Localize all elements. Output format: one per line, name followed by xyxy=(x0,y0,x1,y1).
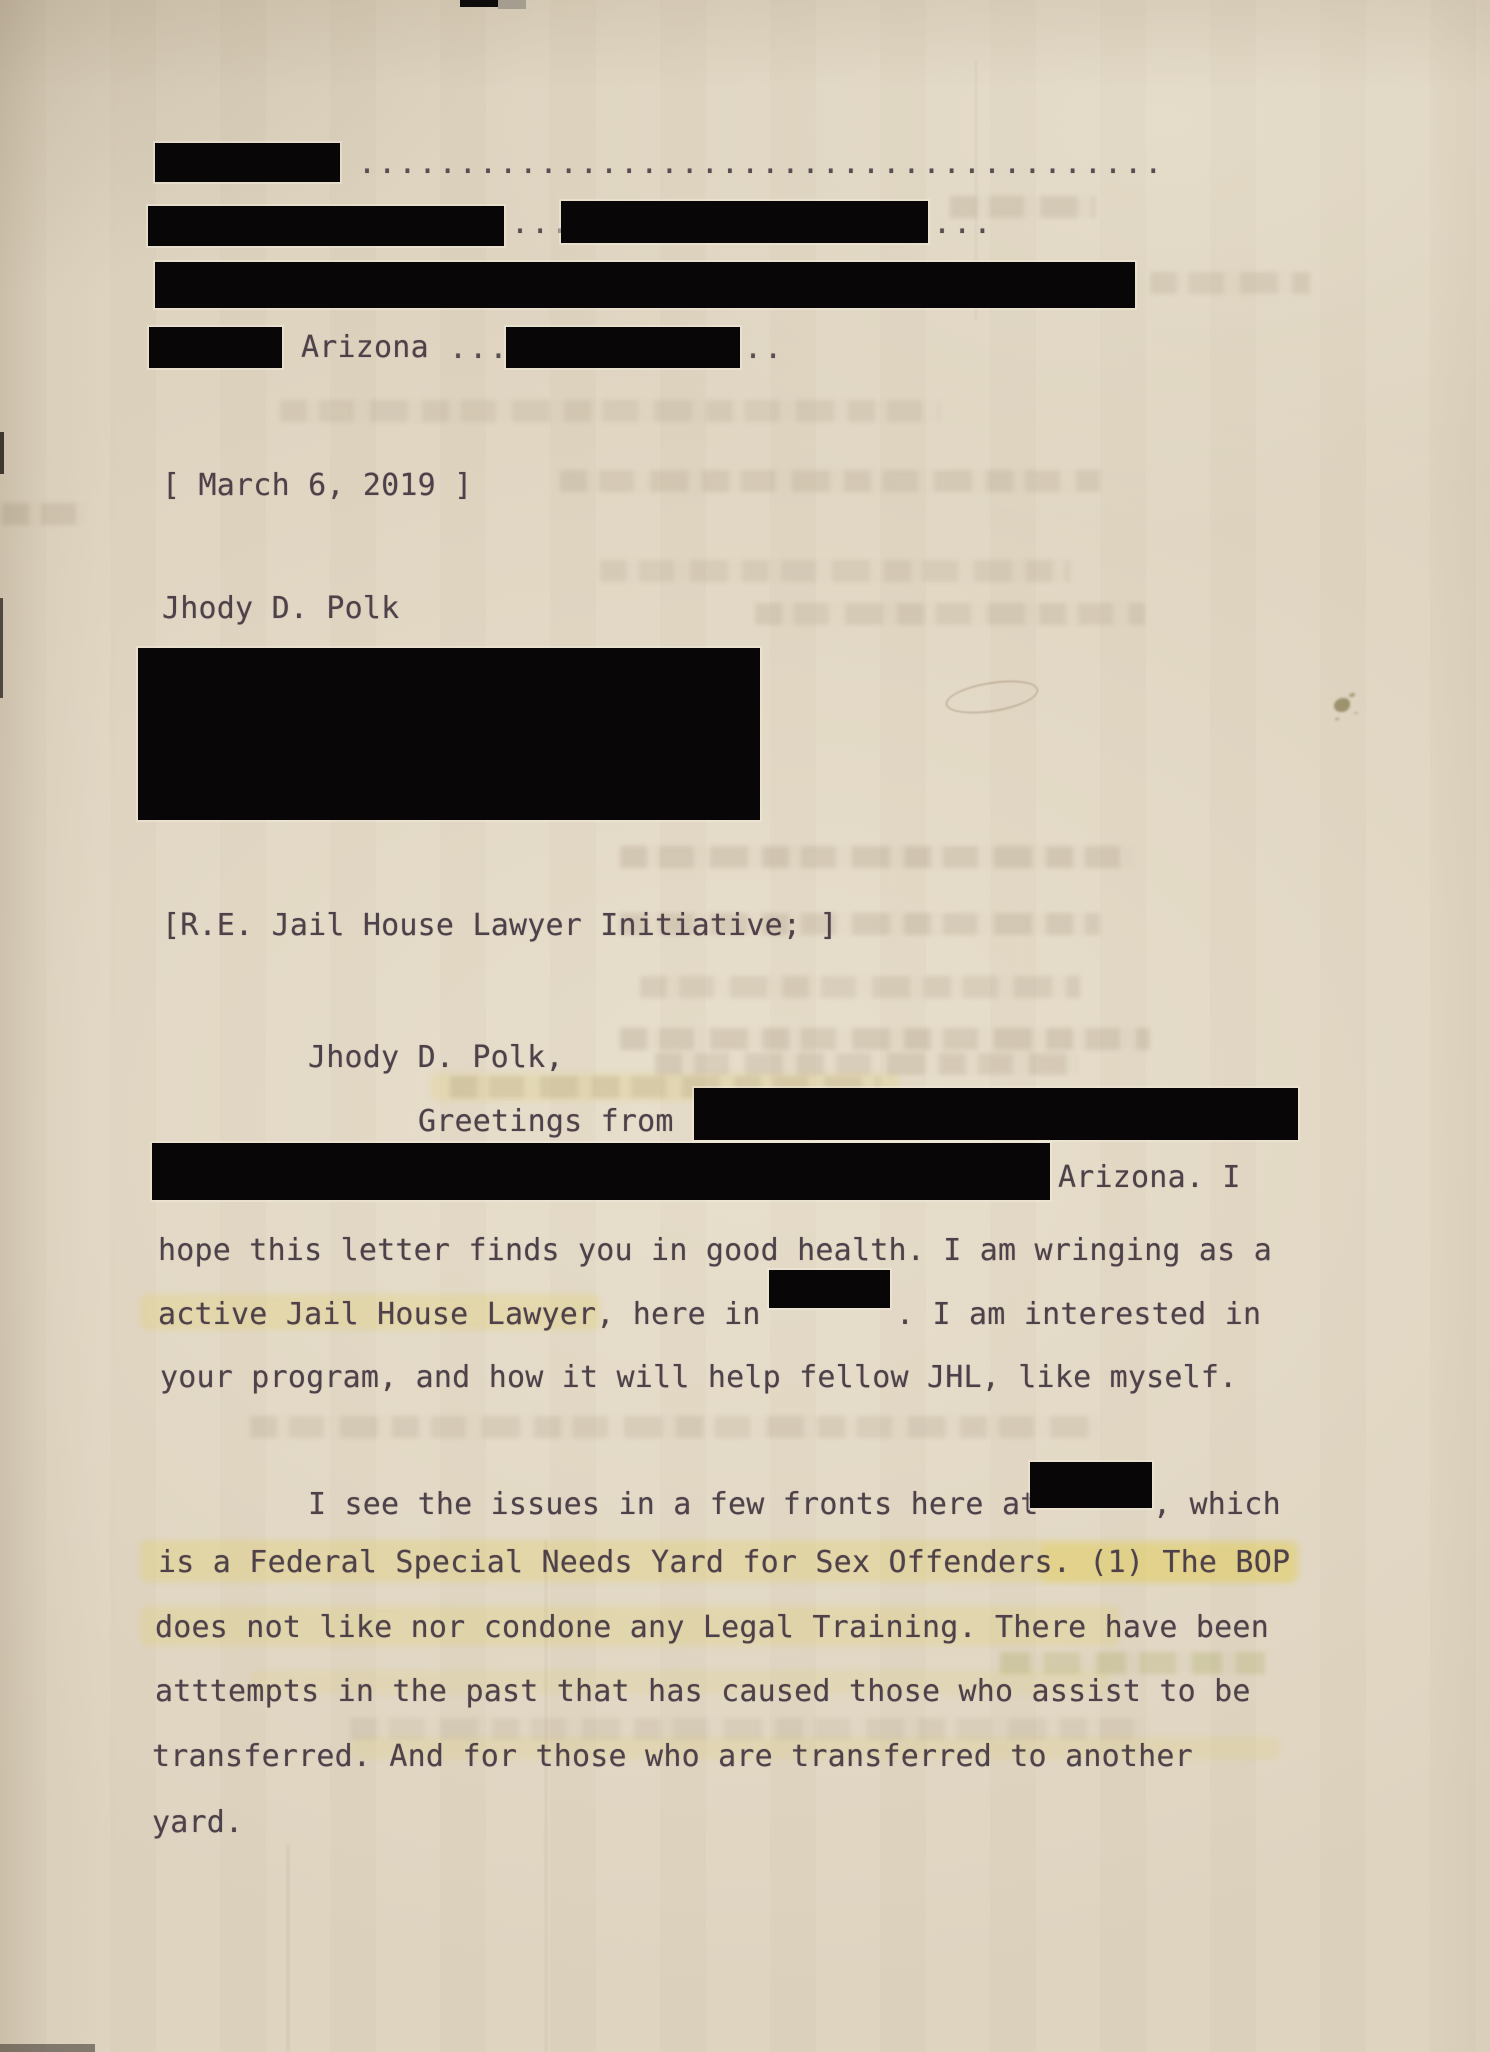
body-line: yard. xyxy=(152,1805,243,1841)
bleed-through-smudge xyxy=(620,1028,1150,1050)
date-line: [ March 6, 2019 ] xyxy=(162,468,472,504)
bleed-through-smudge xyxy=(2,503,86,525)
bleed-through-smudge xyxy=(1000,1652,1265,1674)
body-line: transferred. And for those who are trans… xyxy=(152,1739,1193,1775)
crease-mark xyxy=(943,675,1041,719)
scan-edge-artifact xyxy=(460,0,500,7)
bleed-through-smudge xyxy=(1150,272,1310,294)
redaction-bar xyxy=(769,1270,890,1308)
scanned-letter-page: ........................................… xyxy=(0,0,1490,2052)
bleed-through-smudge xyxy=(640,976,1080,998)
dot-leader: .. xyxy=(744,331,784,367)
header-state-label: Arizona xyxy=(301,330,429,366)
greeting-prefix: Greetings from xyxy=(418,1104,674,1140)
body-line: hope this letter finds you in good healt… xyxy=(158,1233,1272,1269)
bleed-through-smudge xyxy=(620,846,1135,868)
bleed-through-smudge xyxy=(350,1718,1150,1740)
dot-leader: ... xyxy=(933,206,994,242)
redaction-bar xyxy=(506,327,740,368)
redaction-bar xyxy=(149,327,282,368)
redaction-bar xyxy=(148,206,504,246)
bleed-through-smudge xyxy=(600,560,1070,582)
bleed-through-smudge xyxy=(655,1053,1080,1075)
greeting-suffix: Arizona. I xyxy=(1058,1160,1241,1196)
redaction-bar xyxy=(152,1143,1050,1200)
subject-line: [R.E. Jail House Lawyer Initiative; ] xyxy=(162,908,838,944)
bleed-through-smudge xyxy=(250,1416,1100,1438)
redaction-block-address xyxy=(138,648,760,820)
redaction-bar xyxy=(694,1088,1298,1140)
scan-edge-artifact xyxy=(0,2044,95,2052)
scan-edge-artifact xyxy=(0,432,4,474)
crease-mark xyxy=(287,1845,289,2052)
redaction-bar xyxy=(155,262,1135,308)
body-line: , which xyxy=(1153,1487,1281,1523)
bleed-through-smudge xyxy=(280,400,940,422)
body-line: active Jail House Lawyer, here in xyxy=(158,1297,761,1333)
body-line: I see the issues in a few fronts here at xyxy=(308,1487,1038,1523)
body-line: your program, and how it will help fello… xyxy=(160,1360,1237,1396)
body-line: does not like nor condone any Legal Trai… xyxy=(155,1610,1269,1646)
body-line: is a Federal Special Needs Yard for Sex … xyxy=(158,1545,1290,1581)
body-line: atttempts in the past that has caused th… xyxy=(155,1674,1251,1710)
body-line: . I am interested in xyxy=(896,1297,1261,1333)
redaction-bar xyxy=(155,143,340,182)
salutation: Jhody D. Polk, xyxy=(308,1040,564,1076)
bleed-through-smudge xyxy=(755,603,1145,625)
scan-edge-artifact xyxy=(0,598,3,698)
dot-leader: ........................................ xyxy=(358,146,1164,182)
recipient-name: Jhody D. Polk xyxy=(162,591,399,627)
redaction-bar xyxy=(1030,1462,1152,1508)
bleed-through-smudge xyxy=(560,470,1100,492)
scan-edge-artifact xyxy=(498,0,526,9)
redaction-bar xyxy=(561,201,928,243)
dot-leader: ... xyxy=(449,331,510,367)
stain-speck xyxy=(1334,698,1350,712)
